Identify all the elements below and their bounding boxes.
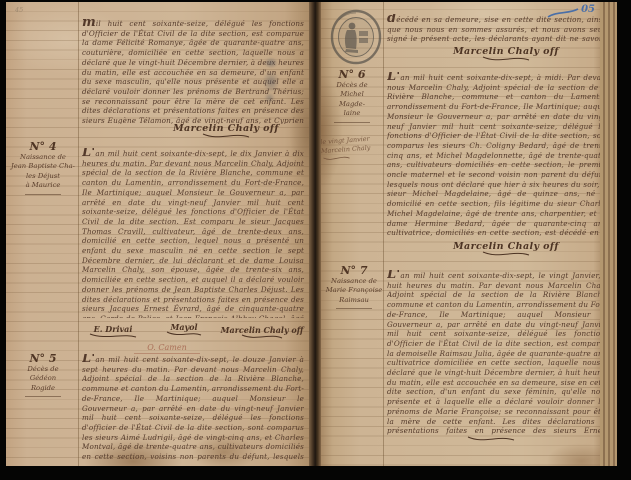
right-page: 05 décédé en sa demeure, sise en cette d…: [321, 0, 617, 466]
countersignature: O. Camen: [134, 343, 200, 354]
entry5-margin-note: N° 5 Décès de Gédéon Rogide: [10, 352, 76, 397]
signature-flourish: [321, 154, 351, 163]
scan-border-right: [617, 0, 631, 480]
ink-bleed-stamp: [256, 52, 286, 106]
margin-rule: [383, 0, 384, 466]
signature-flourish: [464, 435, 518, 444]
entry7-act-text: L'an mil huit cent soixante-dix-sept, le…: [387, 270, 609, 436]
scanned-register-spread: 45 mil huit cent soixante-seize, délégué…: [0, 0, 631, 480]
scan-border-bottom: [0, 466, 631, 480]
entry6-margin-note: N° 6 Décès de Michel Magde- laine: [323, 68, 381, 123]
binding-gutter: [309, 0, 321, 470]
margin-underline: [334, 122, 370, 123]
page-edges: [600, 0, 617, 466]
entry7-margin-note: N° 7 Naissance de Marie Françoise Raimsa…: [323, 264, 385, 309]
entry4-margin-note: N° 4 Naissance de Jean Baptiste Cha- les…: [10, 140, 76, 195]
entry7-number: N° 7: [323, 264, 385, 277]
witness1-signature: E. Drivai: [78, 324, 148, 340]
entry4-number: N° 4: [10, 140, 76, 153]
margin-underline: [336, 308, 372, 309]
entry6-marginal-mention: le vingt Janvier Marcelin Chaly: [321, 134, 382, 166]
officer-signature: Marcelin Chaly off: [441, 46, 571, 64]
act-continuation-text: décédé en sa demeure, sise en cette dite…: [387, 14, 605, 44]
officer-signature: Marcelin Chaly off: [218, 325, 306, 341]
pencil-folio-note: 45: [15, 6, 23, 14]
revenue-stamp-icon: [329, 8, 383, 66]
entry4-act-text: L'an mil huit cent soixante-dix-sept, le…: [82, 148, 304, 318]
margin-rule: [78, 2, 79, 466]
entry6-act-text: L'an mil huit cent soixante-dix-sept, à …: [387, 72, 609, 238]
entry5-number: N° 5: [10, 352, 76, 365]
entry5-act-text: L'an mil huit cent soixante-dix-sept, le…: [82, 354, 304, 462]
witness2-signature: Mayol: [158, 322, 210, 338]
margin-underline: [25, 194, 61, 195]
officer-signature: Marcelin Chaly off: [156, 123, 296, 141]
scan-border-left: [0, 0, 6, 480]
margin-underline: [25, 396, 61, 397]
scan-border-top: [0, 0, 631, 2]
officer-signature: Marcelin Chaly off: [441, 241, 571, 259]
officer-signature: [421, 437, 561, 444]
entry6-number: N° 6: [323, 68, 381, 81]
left-page: 45 mil huit cent soixante-seize, délégué…: [6, 2, 309, 466]
